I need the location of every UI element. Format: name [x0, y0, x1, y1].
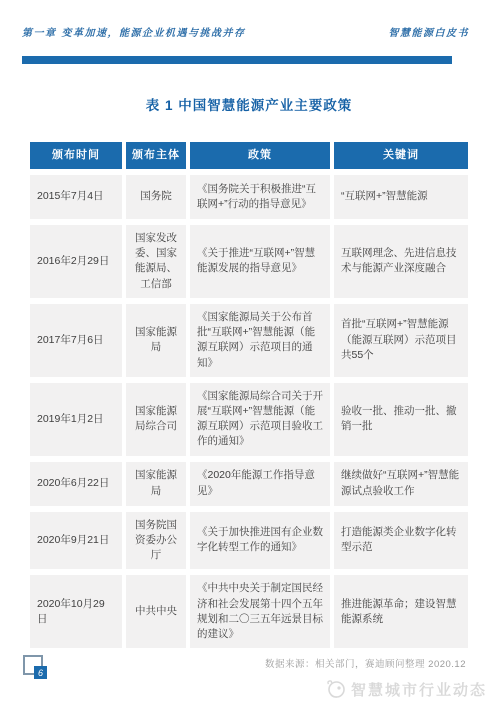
keywords-cell: 打造能源类企业数字化转型示范: [334, 512, 468, 570]
page: 第一章 变革加速，能源企业机遇与挑战并存 智慧能源白皮书 表 1 中国智慧能源产…: [0, 0, 499, 706]
column-header-issuer: 颁布主体: [126, 142, 186, 169]
page-number-box: 6: [23, 655, 43, 675]
issuer-cell: 中共中央: [126, 575, 186, 648]
keywords-cell: 首批“互联网+”智慧能源（能源互联网）示范项目共55个: [334, 304, 468, 377]
table-title: 表 1 中国智慧能源产业主要政策: [30, 94, 468, 114]
policy-cell: 《关于加快推进国有企业数字化转型工作的通知》: [190, 512, 330, 570]
table-row: 2016年2月29日 国家发改委、国家能源局、工信部 《关于推进“互联网+”智慧…: [30, 225, 468, 298]
date-cell: 2020年6月22日: [30, 462, 122, 506]
table-row: 2015年7月4日 国务院 《国务院关于积极推进“互联网+”行动的指导意见》 “…: [30, 175, 468, 219]
table-row: 2019年1月2日 国家能源局综合司 《国家能源局综合司关于开展“互联网+”智慧…: [30, 383, 468, 456]
table-row: 2020年10月29日 中共中央 《中共中央关于制定国民经济和社会发展第十四个五…: [30, 575, 468, 648]
table-row: 2017年7月6日 国家能源局 《国家能源局关于公布首批“互联网+”智慧能源（能…: [30, 304, 468, 377]
issuer-cell: 国务院: [126, 175, 186, 219]
policy-cell: 《国家能源局关于公布首批“互联网+”智慧能源（能源互联网）示范项目的通知》: [190, 304, 330, 377]
keywords-cell: 互联网理念、先进信息技术与能源产业深度融合: [334, 225, 468, 298]
policy-cell: 《关于推进“互联网+”智慧能源发展的指导意见》: [190, 225, 330, 298]
issuer-cell: 国家能源局: [126, 462, 186, 506]
keywords-cell: 推进能源革命；建设智慧能源系统: [334, 575, 468, 648]
page-number: 6: [34, 666, 47, 679]
table-row: 2020年9月21日 国务院国资委办公厅 《关于加快推进国有企业数字化转型工作的…: [30, 512, 468, 570]
table-row: 2020年6月22日 国家能源局 《2020年能源工作指导意见》 继续做好“互联…: [30, 462, 468, 506]
chapter-heading: 第一章 变革加速，能源企业机遇与挑战并存: [22, 24, 245, 39]
keywords-cell: “互联网+”智慧能源: [334, 175, 468, 219]
table-header-row: 颁布时间 颁布主体 政策 关键词: [30, 142, 468, 169]
date-cell: 2017年7月6日: [30, 304, 122, 377]
page-content: 表 1 中国智慧能源产业主要政策 颁布时间 颁布主体 政策 关键词 2015年7…: [30, 94, 468, 670]
watermark: 智慧城市行业动态: [325, 678, 487, 700]
policy-table: 颁布时间 颁布主体 政策 关键词 2015年7月4日 国务院 《国务院关于积极推…: [30, 142, 468, 648]
column-header-date: 颁布时间: [30, 142, 122, 169]
data-source-note: 数据来源：相关部门，赛迪顾问整理 2020.12: [30, 656, 468, 670]
date-cell: 2020年10月29日: [30, 575, 122, 648]
policy-cell: 《中共中央关于制定国民经济和社会发展第十四个五年规划和二〇三五年远景目标的建议》: [190, 575, 330, 648]
issuer-cell: 国家发改委、国家能源局、工信部: [126, 225, 186, 298]
issuer-cell: 国务院国资委办公厅: [126, 512, 186, 570]
running-header: 第一章 变革加速，能源企业机遇与挑战并存 智慧能源白皮书: [22, 24, 469, 39]
section-divider-bar: [22, 56, 452, 64]
issuer-cell: 国家能源局: [126, 304, 186, 377]
watermark-text: 智慧城市行业动态: [351, 679, 487, 700]
mascot-face-icon: [325, 678, 347, 700]
date-cell: 2016年2月29日: [30, 225, 122, 298]
doc-title: 智慧能源白皮书: [389, 24, 470, 39]
date-cell: 2015年7月4日: [30, 175, 122, 219]
column-header-policy: 政策: [190, 142, 330, 169]
policy-cell: 《国务院关于积极推进“互联网+”行动的指导意见》: [190, 175, 330, 219]
keywords-cell: 继续做好“互联网+”智慧能源试点验收工作: [334, 462, 468, 506]
column-header-keywords: 关键词: [334, 142, 468, 169]
date-cell: 2019年1月2日: [30, 383, 122, 456]
date-cell: 2020年9月21日: [30, 512, 122, 570]
policy-cell: 《国家能源局综合司关于开展“互联网+”智慧能源（能源互联网）示范项目验收工作的通…: [190, 383, 330, 456]
keywords-cell: 验收一批、推动一批、撤销一批: [334, 383, 468, 456]
policy-cell: 《2020年能源工作指导意见》: [190, 462, 330, 506]
issuer-cell: 国家能源局综合司: [126, 383, 186, 456]
